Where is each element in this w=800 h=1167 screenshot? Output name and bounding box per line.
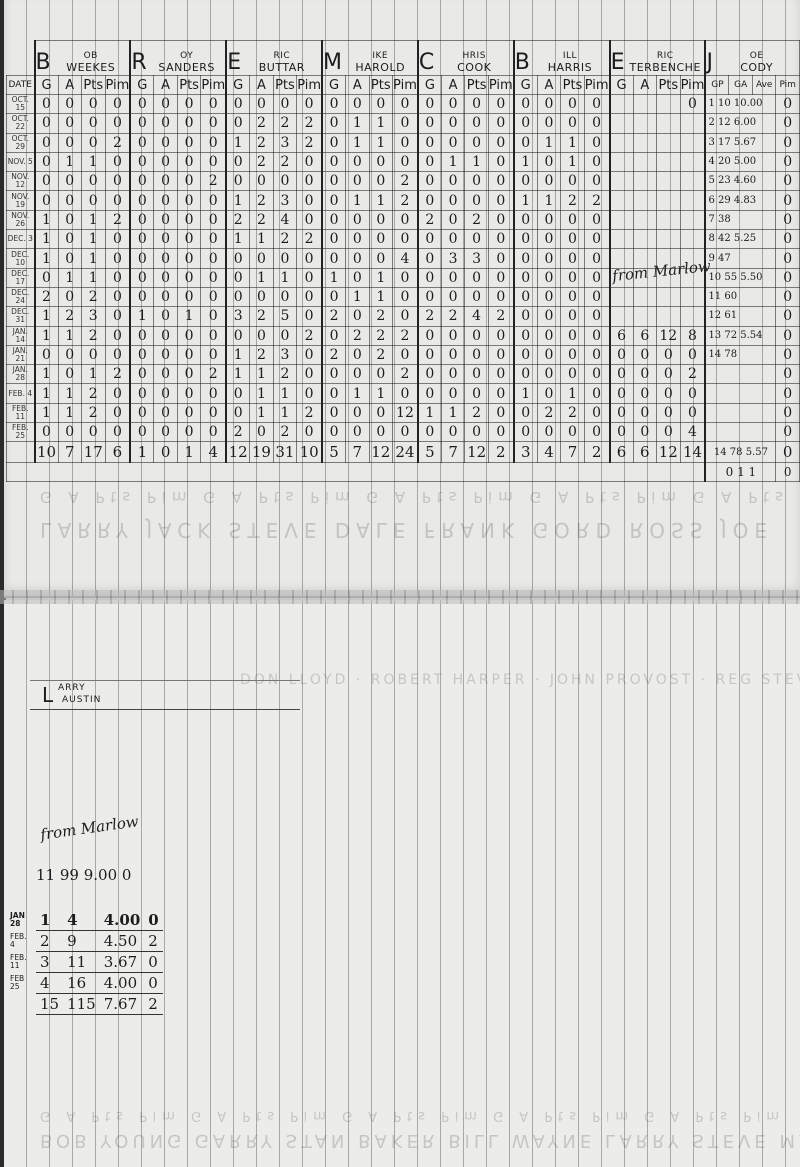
austin-total-label [6, 994, 36, 1015]
stat-cell: 0 [177, 423, 201, 442]
row-date: DEC. 31 [7, 307, 35, 326]
stat-cell: 0 [130, 95, 154, 114]
stat-cell: 0 [35, 268, 59, 287]
stat-cell: 0 [82, 172, 106, 191]
stat-cell: 0 [105, 268, 130, 287]
austin-gp: 4 [36, 973, 63, 994]
stat-cell [657, 230, 681, 249]
stat-cell: 0 [58, 249, 82, 268]
stat-cell: 0 [297, 191, 322, 210]
row-date: OCT. 22 [7, 114, 35, 133]
stat-cell: 0 [465, 230, 489, 249]
table-row: FEB. 2500000000202000000000000000040 [7, 423, 800, 442]
stat-cell: 1 [346, 384, 370, 403]
stat-cell: 0 [250, 95, 274, 114]
stat-cell [633, 210, 657, 229]
stat-cell: 1 [441, 152, 465, 171]
stat-cell: 0 [680, 345, 705, 364]
austin-total-ga: 115 [63, 994, 100, 1015]
stat-cell: 0 [488, 365, 513, 384]
total-cell: 3 [514, 442, 538, 463]
stat-cell: 0 [418, 384, 442, 403]
stat-cell: 1 [226, 345, 250, 364]
stat-cell: 0 [177, 133, 201, 152]
stat-cell: 0 [657, 423, 681, 442]
stat-cell: 1 [514, 384, 538, 403]
stat-cell: 0 [154, 133, 178, 152]
stat-header-pts: Pts [465, 76, 489, 95]
stat-cell: 2 [322, 307, 346, 326]
stat-cell: 0 [514, 287, 538, 306]
austin-pim: 0 [144, 910, 162, 931]
stat-cell [633, 152, 657, 171]
stat-cell: 2 [82, 287, 106, 306]
stat-cell: 0 [393, 210, 418, 229]
stat-cell: 2 [105, 133, 130, 152]
stat-cell: 1 [58, 152, 82, 171]
austin-ga: 16 [63, 973, 100, 994]
total-cell: 31 [273, 442, 297, 463]
stat-cell: 1 [369, 133, 393, 152]
austin-gp: 1 [36, 910, 63, 931]
table-row: FEB. 411200000011001100000101000000 [7, 384, 800, 403]
stat-cell: 0 [346, 152, 370, 171]
stat-cell: 0 [537, 307, 561, 326]
stat-cell: 0 [610, 403, 634, 422]
stat-cell: 1 [58, 268, 82, 287]
stat-cell [633, 230, 657, 249]
stat-cell: 1 [130, 307, 154, 326]
stat-cell: 1 [82, 152, 106, 171]
stat-cell [657, 95, 681, 114]
stat-cell: 0 [297, 249, 322, 268]
table-row: OCT. 1500000000000000000000000001 10 10.… [7, 95, 800, 114]
stat-cell: 0 [105, 249, 130, 268]
total-cell: 7 [346, 442, 370, 463]
stat-cell: 1 [35, 249, 59, 268]
stat-cell [657, 133, 681, 152]
stat-cell [610, 114, 634, 133]
stat-cell: 0 [537, 345, 561, 364]
stat-cell: 0 [201, 95, 226, 114]
stat-cell: 0 [441, 326, 465, 345]
table-row: NOV. 120000000200000002000000005 23 4.60… [7, 172, 800, 191]
stat-cell: 0 [561, 326, 585, 345]
stat-cell: 0 [105, 403, 130, 422]
stat-header-pim: Pim [297, 76, 322, 95]
stat-cell: 0 [346, 307, 370, 326]
stat-cell [657, 152, 681, 171]
stat-cell: 0 [58, 345, 82, 364]
stat-cell: 0 [105, 152, 130, 171]
stat-cell: 0 [393, 423, 418, 442]
austin-row: FEB. 4294.502 [6, 931, 163, 952]
stat-cell: 0 [82, 133, 106, 152]
stat-cell: 0 [584, 230, 609, 249]
stat-cell: 2 [297, 403, 322, 422]
total-cell: 6 [633, 442, 657, 463]
stat-cell: 0 [418, 114, 442, 133]
stat-cell: 0 [201, 268, 226, 287]
stat-cell: 0 [514, 326, 538, 345]
stat-cell: 12 [657, 326, 681, 345]
player-initial: B [36, 51, 52, 75]
stat-cell: 0 [130, 172, 154, 191]
stat-cell: 5 [273, 307, 297, 326]
player-header-joe-cody: JOECODY [705, 41, 799, 76]
stat-cell: 0 [418, 268, 442, 287]
row-date: OCT. 15 [7, 95, 35, 114]
stat-cell: 0 [297, 365, 322, 384]
stat-cell: 0 [177, 268, 201, 287]
stat-cell: 0 [584, 403, 609, 422]
page-fold [0, 590, 800, 604]
stat-cell: 0 [154, 249, 178, 268]
player-header-eric-terbenche: ERICTERBENCHE [610, 41, 706, 76]
player-header-roy-sanders: ROYSANDERS [130, 41, 226, 76]
stat-header-pts: Pts [561, 76, 585, 95]
total-cell: 17 [82, 442, 106, 463]
stat-cell: 1 [346, 191, 370, 210]
stat-cell: 0 [514, 423, 538, 442]
stat-cell: 0 [537, 152, 561, 171]
stat-cell: 2 [369, 307, 393, 326]
stat-cell [610, 152, 634, 171]
austin-gp: 2 [36, 931, 63, 952]
stat-cell: 2 [35, 287, 59, 306]
stat-cell: 0 [393, 114, 418, 133]
stat-cell [657, 210, 681, 229]
stat-cell: 0 [82, 95, 106, 114]
stat-cell: 0 [633, 384, 657, 403]
total-cell: 19 [250, 442, 274, 463]
stat-cell: 0 [154, 172, 178, 191]
stat-cell: 0 [514, 210, 538, 229]
goalie-cell: 14 78 [705, 345, 776, 364]
stat-cell: 0 [177, 191, 201, 210]
stat-cell: 1 [58, 384, 82, 403]
goalie-pim-cell: 0 [776, 307, 800, 326]
goalie-extra-pim: 0 [776, 463, 800, 482]
stat-cell: 0 [561, 210, 585, 229]
stat-cell: 0 [297, 287, 322, 306]
stat-cell: 0 [418, 95, 442, 114]
goalie-pim-cell: 0 [776, 249, 800, 268]
stat-cell: 0 [250, 326, 274, 345]
stat-cell: 0 [465, 287, 489, 306]
stat-cell: 0 [58, 191, 82, 210]
stat-cell: 0 [514, 133, 538, 152]
stat-cell: 0 [393, 268, 418, 287]
showthrough-bottom-stat-headers: G A Pts Pim G A Pts Pim G A Pts Pim G A … [40, 1108, 785, 1123]
row-date: DEC. 24 [7, 287, 35, 306]
stat-cell: 0 [488, 423, 513, 442]
stat-header-row: DATEGAPtsPimGAPtsPimGAPtsPimGAPtsPimGAPt… [7, 76, 800, 95]
stat-cell: 0 [201, 210, 226, 229]
stat-cell: 0 [488, 268, 513, 287]
stat-cell: 0 [561, 423, 585, 442]
stat-cell: 6 [610, 326, 634, 345]
table-row: NOV. 50110000002200000011010104 20 5.000 [7, 152, 800, 171]
stat-cell: 2 [82, 403, 106, 422]
stat-cell: 0 [105, 384, 130, 403]
goalie-total-cell: 14 78 5.57 [705, 442, 776, 463]
player-header-eric-buttar: ERICBUTTAR [226, 41, 322, 76]
stat-cell: 0 [201, 152, 226, 171]
stat-cell: 0 [105, 114, 130, 133]
stat-cell: 0 [105, 230, 130, 249]
total-cell: 12 [657, 442, 681, 463]
stat-header-a: A [537, 76, 561, 95]
stat-cell: 0 [58, 114, 82, 133]
stat-cell: 2 [250, 114, 274, 133]
goalie-cell: 12 61 [705, 307, 776, 326]
stat-cell: 0 [561, 307, 585, 326]
stat-header-g: G [226, 76, 250, 95]
stat-cell: 0 [561, 172, 585, 191]
stat-cell: 1 [35, 326, 59, 345]
stat-cell: 0 [35, 95, 59, 114]
stat-cell: 0 [393, 152, 418, 171]
stat-cell: 1 [369, 268, 393, 287]
stat-cell: 2 [393, 191, 418, 210]
austin-pim: 2 [144, 931, 162, 952]
stat-cell: 1 [369, 114, 393, 133]
stat-cell: 0 [465, 326, 489, 345]
stat-cell: 0 [250, 287, 274, 306]
stat-cell: 1 [250, 403, 274, 422]
goalie-pim-cell: 0 [776, 423, 800, 442]
austin-stats-table: JAN 28144.000FEB. 4294.502FEB. 113113.67… [6, 910, 163, 1015]
stat-cell: 0 [35, 133, 59, 152]
stat-cell [610, 191, 634, 210]
stat-cell: 0 [393, 345, 418, 364]
stat-cell: 0 [322, 133, 346, 152]
stat-cell [610, 287, 634, 306]
stat-cell: 1 [250, 384, 274, 403]
stat-cell: 0 [201, 191, 226, 210]
goalie-extra-row: 0 1 10 [7, 463, 800, 482]
stat-cell: 0 [393, 95, 418, 114]
stat-cell: 0 [369, 95, 393, 114]
stat-cell: 0 [346, 268, 370, 287]
row-date: NOV. 5 [7, 152, 35, 171]
stat-cell: 1 [273, 403, 297, 422]
stat-cell: 0 [58, 230, 82, 249]
goalie-pim-cell: 0 [776, 210, 800, 229]
stat-cell: 0 [418, 191, 442, 210]
stat-cell [680, 152, 705, 171]
player-initial: E [611, 51, 625, 75]
stat-cell: 0 [561, 268, 585, 287]
stat-cell: 0 [226, 249, 250, 268]
stat-cell: 2 [82, 326, 106, 345]
stat-header-g: G [610, 76, 634, 95]
total-cell: 14 [680, 442, 705, 463]
stat-cell: 1 [369, 191, 393, 210]
stat-cell: 0 [657, 384, 681, 403]
stat-cell: 0 [105, 287, 130, 306]
stat-cell: 0 [177, 287, 201, 306]
player-name-row: BOBWEEKESROYSANDERSERICBUTTARMIKEHAROLDC… [7, 41, 800, 76]
stat-cell: 0 [154, 114, 178, 133]
stat-cell: 0 [537, 172, 561, 191]
stat-cell: 0 [201, 249, 226, 268]
stat-cell: 0 [418, 287, 442, 306]
stat-header-g: G [35, 76, 59, 95]
stat-cell: 0 [393, 230, 418, 249]
stat-cell: 1 [514, 191, 538, 210]
stat-cell: 0 [250, 172, 274, 191]
stat-cell: 0 [273, 249, 297, 268]
stat-cell: 0 [58, 423, 82, 442]
austin-date: FEB. 11 [6, 952, 36, 973]
stat-cell: 0 [441, 384, 465, 403]
goalie-pim-cell: 0 [776, 326, 800, 345]
stat-cell: 0 [130, 268, 154, 287]
stat-cell [680, 307, 705, 326]
stat-cell: 4 [273, 210, 297, 229]
stat-cell: 0 [584, 210, 609, 229]
stat-cell: 0 [514, 249, 538, 268]
stat-cell: 2 [465, 403, 489, 422]
stat-cell: 0 [418, 230, 442, 249]
stat-cell [633, 114, 657, 133]
stat-cell: 1 [58, 403, 82, 422]
stat-cell: 2 [273, 423, 297, 442]
stat-cell: 2 [273, 152, 297, 171]
stat-cell: 3 [226, 307, 250, 326]
stat-cell: 0 [584, 423, 609, 442]
stat-cell: 0 [657, 403, 681, 422]
stat-cell: 2 [226, 210, 250, 229]
showthrough-bottom-names: BOB YOUNG GARRY STAN BAKER BILL WAYNE LA… [40, 1130, 800, 1151]
stat-cell: 0 [369, 230, 393, 249]
stat-cell: 0 [322, 403, 346, 422]
stat-cell: 0 [226, 95, 250, 114]
stat-header-pts: Pts [177, 76, 201, 95]
stat-cell: 1 [250, 230, 274, 249]
stat-cell: 0 [322, 95, 346, 114]
player-header-bob-weekes: BOBWEEKES [35, 41, 131, 76]
stat-cell: 0 [154, 287, 178, 306]
stat-cell: 0 [369, 249, 393, 268]
player-header-bill-harris: BILLHARRIS [514, 41, 610, 76]
stat-cell: 0 [369, 172, 393, 191]
stat-cell: 0 [584, 152, 609, 171]
stat-cell: 0 [273, 287, 297, 306]
stat-cell: 0 [297, 210, 322, 229]
total-cell: 4 [201, 442, 226, 463]
stat-cell: 2 [105, 210, 130, 229]
stat-cell: 0 [177, 172, 201, 191]
stat-cell: 0 [465, 268, 489, 287]
stat-cell: 0 [610, 423, 634, 442]
goalie-cell: 13 72 5.54 [705, 326, 776, 345]
stat-cell: 2 [226, 423, 250, 442]
stat-cell: 0 [441, 287, 465, 306]
goalie-stat-header-ga: GA [729, 76, 753, 95]
stat-cell [633, 191, 657, 210]
goalie-pim-cell: 0 [776, 384, 800, 403]
stat-cell: 0 [514, 114, 538, 133]
stat-cell: 2 [273, 230, 297, 249]
stat-cell: 2 [297, 230, 322, 249]
stat-cell: 0 [322, 384, 346, 403]
stat-cell: 0 [130, 423, 154, 442]
stat-header-pts: Pts [82, 76, 106, 95]
stat-cell: 0 [105, 95, 130, 114]
stat-cell: 1 [273, 268, 297, 287]
stat-cell: 0 [465, 95, 489, 114]
stat-cell: 0 [154, 95, 178, 114]
stat-cell: 0 [297, 423, 322, 442]
stat-cell: 4 [680, 423, 705, 442]
stat-cell: 0 [680, 403, 705, 422]
table-row: DEC. 2420200000000001100000000011 600 [7, 287, 800, 306]
stat-cell: 0 [201, 326, 226, 345]
stat-cell: 0 [35, 152, 59, 171]
stat-cell [633, 95, 657, 114]
goalie-cell [705, 423, 776, 442]
stat-cell: 0 [441, 345, 465, 364]
stat-cell: 0 [322, 287, 346, 306]
goalie-pim-cell: 0 [776, 287, 800, 306]
stat-cell [610, 230, 634, 249]
total-cell: 5 [322, 442, 346, 463]
stat-cell: 0 [561, 345, 585, 364]
goalie-stat-header-ave: Ave [752, 76, 776, 95]
stat-cell: 0 [346, 403, 370, 422]
stat-cell: 1 [441, 403, 465, 422]
totals-label [7, 442, 35, 463]
goalie-extra-cell: 0 1 1 [705, 463, 776, 482]
stat-cell: 0 [154, 384, 178, 403]
stat-cell: 0 [561, 287, 585, 306]
stat-cell: 1 [273, 384, 297, 403]
stat-header-a: A [633, 76, 657, 95]
stat-cell: 0 [584, 287, 609, 306]
stat-cell: 1 [35, 403, 59, 422]
stat-cell: 3 [465, 249, 489, 268]
austin-pim: 0 [144, 952, 162, 973]
stat-cell [610, 210, 634, 229]
stat-cell: 2 [297, 133, 322, 152]
goalie-pim-cell: 0 [776, 268, 800, 287]
row-date: DEC. 10 [7, 249, 35, 268]
stat-cell: 2 [273, 365, 297, 384]
stat-cell: 0 [82, 114, 106, 133]
row-date: JAN. 14 [7, 326, 35, 345]
stat-cell: 0 [177, 365, 201, 384]
stat-cell: 0 [154, 307, 178, 326]
stat-cell: 0 [418, 133, 442, 152]
stat-cell: 0 [130, 191, 154, 210]
stat-cell: 0 [441, 172, 465, 191]
total-cell: 10 [297, 442, 322, 463]
stat-cell: 1 [418, 403, 442, 422]
stat-cell: 0 [537, 114, 561, 133]
total-cell: 12 [465, 442, 489, 463]
stat-cell [680, 114, 705, 133]
stat-cell: 2 [680, 365, 705, 384]
stat-cell: 1 [82, 365, 106, 384]
stat-cell: 3 [273, 133, 297, 152]
stat-cell: 0 [537, 249, 561, 268]
total-cell: 6 [610, 442, 634, 463]
stat-cell: 0 [58, 287, 82, 306]
stat-cell: 0 [346, 210, 370, 229]
